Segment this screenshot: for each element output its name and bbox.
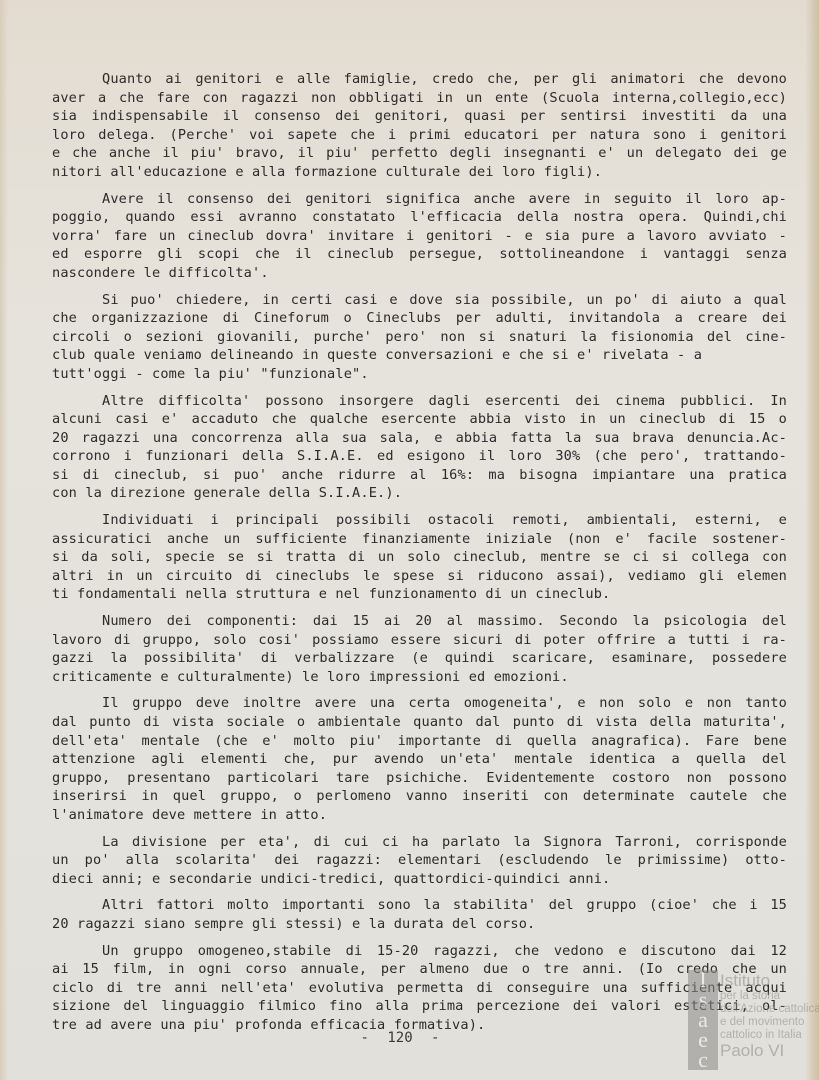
text-line: Avere il consenso dei genitori significa… [52, 190, 787, 209]
text-line: si di cineclub, si puo' anche ridurre al… [52, 466, 787, 485]
text-line: tutt'oggi - come la piu' "funzionale". [52, 365, 787, 384]
paragraph-parents-consent: Quanto ai genitori e alle famiglie, cred… [52, 70, 787, 182]
text-line: altri in un circuito di cineclubs le spe… [52, 567, 787, 586]
text-line: ti fondamentali nella struttura e nel fu… [52, 585, 787, 604]
text-line: ai 15 film, in ogni corso annuale, per a… [52, 960, 787, 979]
watermark-line: Istituto [720, 972, 819, 990]
text-line: Individuati i principali possibili ostac… [52, 511, 787, 530]
text-line: alcuni casi e' accaduto che qualche eser… [52, 410, 787, 429]
text-line: sizione del linguaggio filmico fino alla… [52, 997, 787, 1016]
paragraph-cineforum-help: Si puo' chiedere, in certi casi e dove s… [52, 291, 787, 384]
page-right-edge [805, 0, 819, 1080]
text-line: dal punto di vista sociale o ambientale … [52, 713, 787, 732]
text-line: lavoro di gruppo, solo cosi' possiamo es… [52, 631, 787, 650]
text-line: l'animatore deve mettere in atto. [52, 806, 787, 825]
text-line: corrono i funzionari della S.I.A.E. ed e… [52, 447, 787, 466]
text-line: 20 ragazzi siano sempre gli stessi) e la… [52, 915, 787, 934]
paragraph-group-size: Numero dei componenti: dai 15 ai 20 al m… [52, 612, 787, 686]
paragraph-cinema-operators: Altre difficolta' possono insorgere dagl… [52, 392, 787, 504]
text-line: Quanto ai genitori e alle famiglie, cred… [52, 70, 787, 89]
paragraph-stability: Altri fattori molto importanti sono la s… [52, 896, 787, 933]
text-line: con la direzione generale della S.I.A.E.… [52, 484, 787, 503]
text-line: dieci anni; e secondarie undici-tredici,… [52, 870, 787, 889]
text-line: sia indispensabile il consenso dei genit… [52, 107, 787, 126]
text-line: 20 ragazzi una concorrenza alla sua sala… [52, 429, 787, 448]
text-line: Il gruppo deve inoltre avere una certa o… [52, 694, 787, 713]
text-line: poggio, quando essi avranno constatato l… [52, 208, 787, 227]
text-line: Si puo' chiedere, in certi casi e dove s… [52, 291, 787, 310]
text-line: assicuratici anche un sufficiente finanz… [52, 530, 787, 549]
logo-letter: c [688, 1050, 718, 1070]
paragraph-obstacles: Individuati i principali possibili ostac… [52, 511, 787, 604]
text-line: ed esporre gli scopi che il cineclub per… [52, 245, 787, 264]
text-line: e che anche il piu' bravo, il piu' perfe… [52, 144, 787, 163]
text-line: dell'eta' mentale (che e' molto piu' imp… [52, 732, 787, 751]
watermark-line: dell'Azione cattolica [720, 1003, 819, 1016]
paragraph-age-division: La divisione per eta', di cui ci ha parl… [52, 833, 787, 889]
text-line: ciclo di tre anni nell'eta' evolutiva pe… [52, 979, 787, 998]
text-line: nitori all'educazione e alla formazione … [52, 163, 787, 182]
paragraph-homogeneity: Il gruppo deve inoltre avere una certa o… [52, 694, 787, 824]
text-line: un po' alla scolarita' dei ragazzi: elem… [52, 851, 787, 870]
text-line: Altri fattori molto importanti sono la s… [52, 896, 787, 915]
page-left-edge [0, 0, 8, 1080]
watermark-logo-letters: I s a e c [688, 970, 718, 1070]
watermark-text: Istituto per la storia dell'Azione catto… [720, 972, 819, 1060]
watermark-line: Paolo VI [720, 1042, 819, 1060]
text-line: gruppo, presentano particolari tare psic… [52, 769, 787, 788]
isacem-watermark: I s a e c Istituto per la storia dell'Az… [688, 970, 818, 1070]
body-text: Quanto ai genitori e alle famiglie, cred… [52, 70, 787, 1035]
scanned-page: Quanto ai genitori e alle famiglie, cred… [0, 0, 819, 1080]
text-line: si da soli, specie se si tratta di un so… [52, 548, 787, 567]
text-line: Numero dei componenti: dai 15 ai 20 al m… [52, 612, 787, 631]
text-line: inserirsi in quel gruppo, o perlomeno va… [52, 787, 787, 806]
text-line: aver a che fare con ragazzi non obbligat… [52, 89, 787, 108]
text-line: gazzi la possibilita' di verbalizzare (e… [52, 649, 787, 668]
watermark-line: per la storia [720, 990, 819, 1003]
watermark-line: e del movimento [720, 1016, 819, 1029]
text-line: loro delega. (Perche' voi sapete che i p… [52, 126, 787, 145]
page-number: - 120 - [340, 1030, 460, 1046]
text-line: vorra' fare un cineclub dovra' invitare … [52, 227, 787, 246]
text-line: criticamente e culturalmente) le loro im… [52, 668, 787, 687]
text-line: circoli o sezioni giovanili, purche' per… [52, 328, 787, 347]
text-line: La divisione per eta', di cui ci ha parl… [52, 833, 787, 852]
text-line: club quale veniamo delineando in queste … [52, 346, 787, 365]
paragraph-parents-support: Avere il consenso dei genitori significa… [52, 190, 787, 283]
text-line: che organizzazione di Cineforum o Cinecl… [52, 309, 787, 328]
text-line: nascondere le difficolta'. [52, 264, 787, 283]
paragraph-stable-group: Un gruppo omogeneo,stabile di 15-20 raga… [52, 942, 787, 1035]
text-line: Un gruppo omogeneo,stabile di 15-20 raga… [52, 942, 787, 961]
text-line: attenzione agli elementi che, pur avendo… [52, 750, 787, 769]
text-line: Altre difficolta' possono insorgere dagl… [52, 392, 787, 411]
